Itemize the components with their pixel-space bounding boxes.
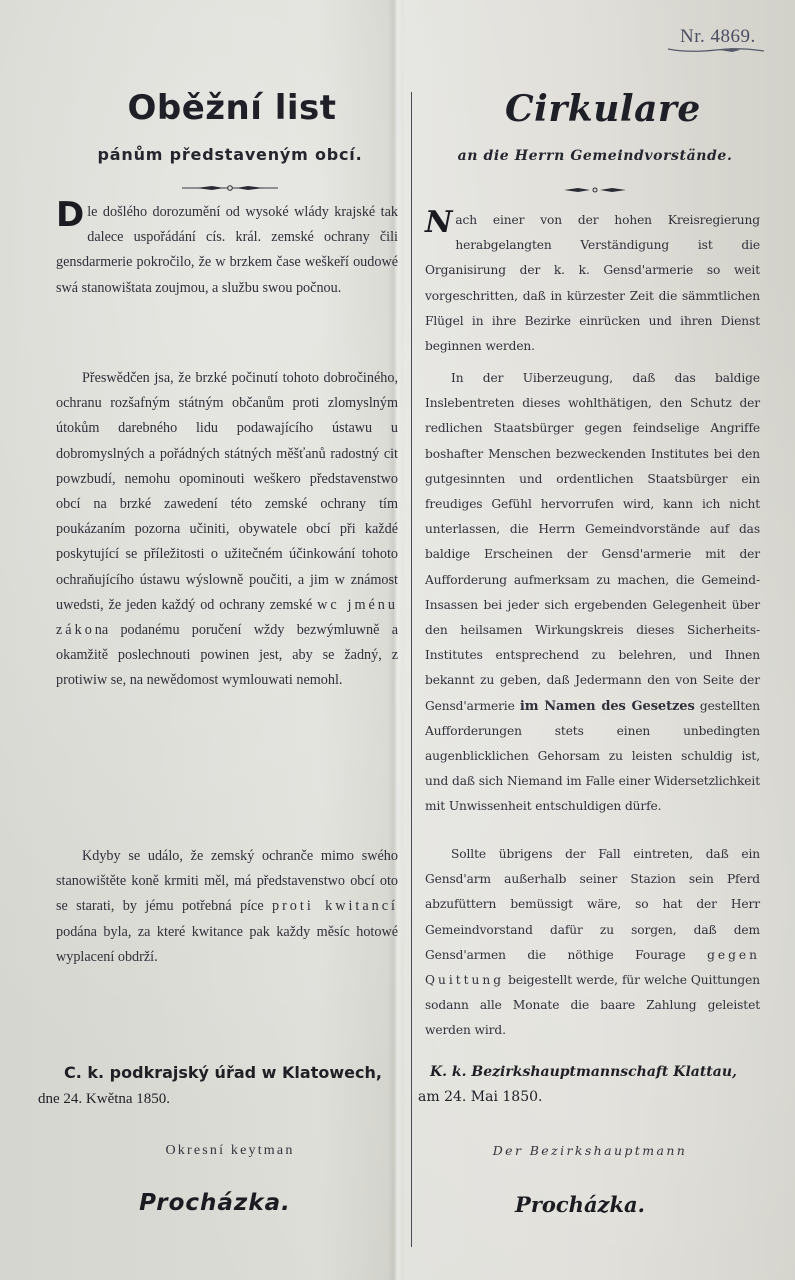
divider-ornament — [182, 184, 278, 192]
german-signatory-role: Der Bezirkshauptmann — [430, 1143, 750, 1158]
czech-date: dne 24. Kwětna 1850. — [38, 1091, 170, 1107]
german-subtitle: an die Herrn Gemeindvorstände. — [455, 148, 735, 164]
spaced-emphasis: proti kwitancí — [272, 898, 398, 914]
czech-paragraph-3: Kdyby se událo, že zemský ochranče mimo … — [56, 844, 398, 970]
german-paragraph-3: Sollte übrigens der Fall eintreten, daß … — [425, 842, 760, 1044]
divider-ornament — [560, 186, 630, 194]
german-issuing-office: K. k. Bezirkshauptmannschaft Klattau, am… — [418, 1060, 763, 1110]
drop-cap: D — [56, 202, 84, 228]
czech-issuing-office: C. k. podkrajský úřad w Klatowech, dne 2… — [38, 1060, 398, 1112]
czech-signatory-role: Okresní keytman — [60, 1143, 400, 1159]
german-date: am 24. Mai 1850. — [418, 1089, 542, 1105]
circular-document: Nr. 4869. Oběžní list pánům představeným… — [0, 0, 795, 1280]
document-number: Nr. 4869. — [680, 26, 756, 48]
czech-signatory-name: Procházka. — [60, 1190, 370, 1216]
czech-title: Oběžní list — [112, 88, 352, 128]
flourish-ornament — [668, 46, 764, 54]
czech-paragraph-1: Dle došlého dorozumění od wysoké wlády k… — [56, 200, 398, 301]
bold-emphasis: im Namen des Gesetzes — [520, 699, 695, 714]
column-divider — [411, 92, 412, 1247]
czech-paragraph-2: Přeswědčen jsa, že brzké počinutí tohoto… — [56, 366, 398, 694]
drop-cap: N — [425, 210, 452, 236]
german-paragraph-1: Nach einer von der hohen Kreisregierung … — [425, 208, 760, 359]
german-signatory-name: Procházka. — [480, 1192, 680, 1217]
czech-subtitle: pánům představeným obcí. — [80, 145, 380, 164]
german-title: Cirkulare — [505, 88, 685, 130]
german-paragraph-2: In der Uiberzeugung, daß das baldige Ins… — [425, 366, 760, 820]
